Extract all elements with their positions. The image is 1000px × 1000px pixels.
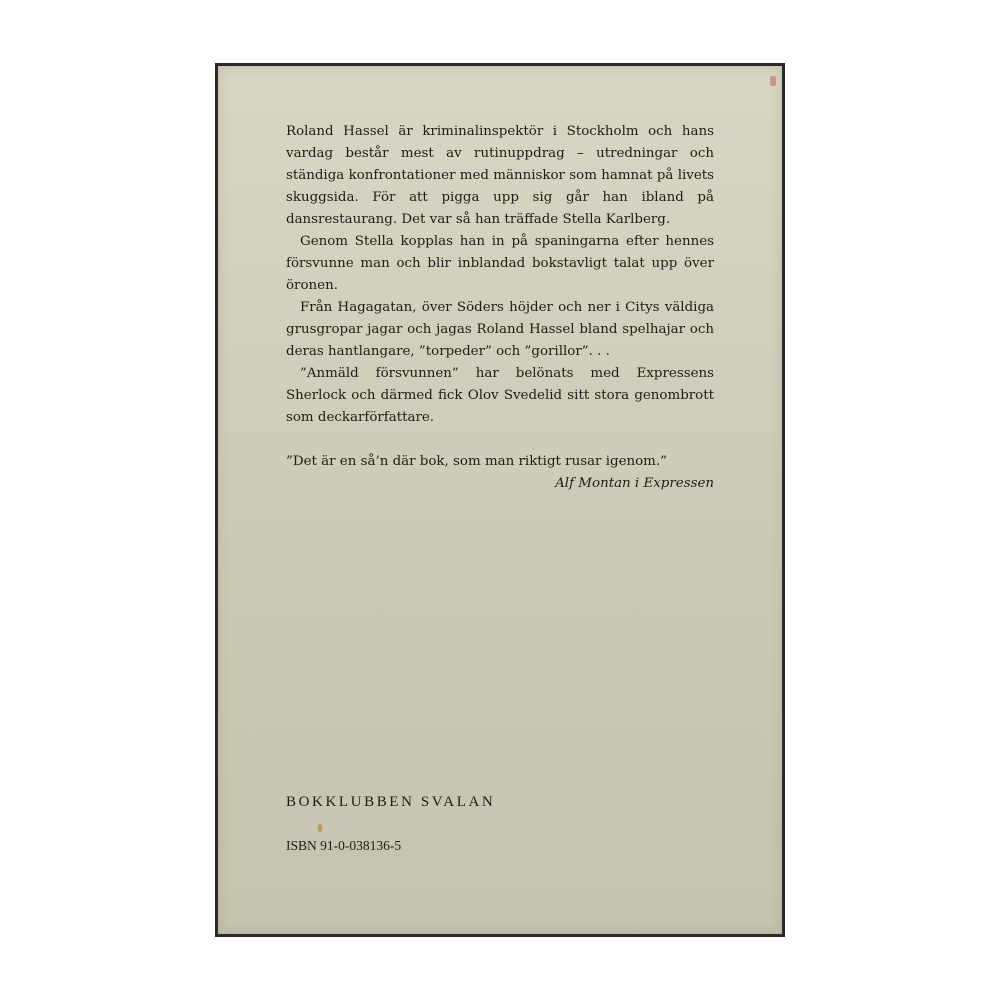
review-quote: ”Det är en så’n där bok, som man riktigt… — [286, 451, 714, 473]
publisher-name: BOKKLUBBEN SVALAN — [286, 794, 495, 811]
blurb-text: Roland Hassel är kriminalinspektör i Sto… — [286, 121, 714, 495]
blurb-paragraph: Roland Hassel är kriminalinspektör i Sto… — [286, 121, 714, 231]
blurb-paragraph: ”Anmäld försvunnen” har belönats med Exp… — [286, 363, 714, 429]
blurb-paragraph: Från Hagagatan, över Söders höjder och n… — [286, 297, 714, 363]
blurb-paragraph: Genom Stella kopplas han in på spaningar… — [286, 231, 714, 297]
quote-attribution: Alf Montan i Expressen — [286, 473, 714, 495]
isbn-number: ISBN 91-0-038136-5 — [286, 838, 401, 854]
book-back-cover: Roland Hassel är kriminalinspektör i Sto… — [215, 63, 785, 937]
stain-mark — [318, 824, 322, 832]
